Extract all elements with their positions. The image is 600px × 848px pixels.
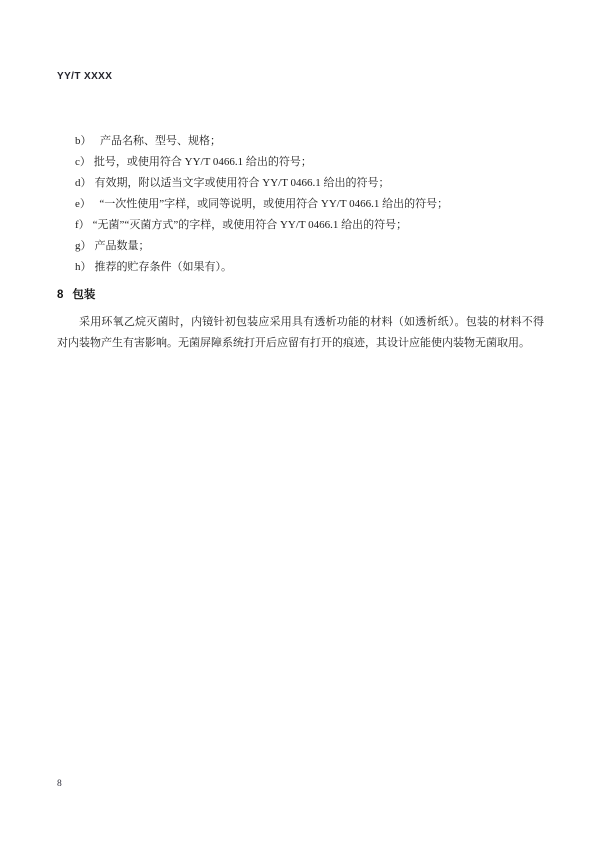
list-item: h）推荐的贮存条件（如果有）。	[75, 257, 545, 278]
list-item-label: g）	[75, 240, 92, 252]
list-item-text: “一次性使用”字样，或同等说明，或使用符合 YY/T 0466.1 给出的符号；	[88, 198, 448, 210]
list-item-label: e）	[75, 198, 85, 210]
list-item-text: 有效期，附以适当文字或使用符合 YY/T 0466.1 给出的符号；	[95, 177, 390, 189]
list-item-text: 产品数量；	[95, 240, 150, 252]
list-item: e） “一次性使用”字样，或同等说明，或使用符合 YY/T 0466.1 给出的…	[75, 194, 545, 215]
list-item-label: h）	[75, 261, 92, 273]
list-item-label: f）	[75, 219, 90, 231]
section-number: 8	[57, 289, 63, 301]
list-item-text: 产品名称、型号、规格；	[89, 135, 221, 147]
page-number: 8	[57, 779, 62, 789]
list-item-label: c）	[75, 156, 91, 168]
list-item: f）“无菌”“灭菌方式”的字样，或使用符合 YY/T 0466.1 给出的符号；	[75, 215, 545, 236]
list-item-label: d）	[75, 177, 92, 189]
page-footer: 8	[57, 779, 62, 789]
list-item-text: “无菌”“灭菌方式”的字样，或使用符合 YY/T 0466.1 给出的符号；	[93, 219, 408, 231]
packaging-paragraph: 采用环氧乙烷灭菌时，内镜针初包装应采用具有透析功能的材料（如透析纸）。包装的材料…	[57, 312, 544, 353]
list-item-text: 批号，或使用符合 YY/T 0466.1 给出的符号；	[94, 156, 312, 168]
section-title: 包装	[72, 289, 95, 301]
standard-number: YY/T XXXX	[57, 71, 112, 82]
list-item-label: b）	[75, 135, 86, 147]
page-header: YY/T XXXX	[57, 71, 112, 82]
section-heading-packaging: 8包装	[57, 288, 95, 303]
list-item: c）批号，或使用符合 YY/T 0466.1 给出的符号；	[75, 152, 545, 173]
list-item: d）有效期，附以适当文字或使用符合 YY/T 0466.1 给出的符号；	[75, 173, 545, 194]
labeling-requirements-list: b） 产品名称、型号、规格； c）批号，或使用符合 YY/T 0466.1 给出…	[75, 131, 545, 278]
document-page: YY/T XXXX b） 产品名称、型号、规格； c）批号，或使用符合 YY/T…	[0, 0, 600, 848]
list-item: g）产品数量；	[75, 236, 545, 257]
list-item-text: 推荐的贮存条件（如果有）。	[95, 261, 233, 273]
list-item: b） 产品名称、型号、规格；	[75, 131, 545, 152]
